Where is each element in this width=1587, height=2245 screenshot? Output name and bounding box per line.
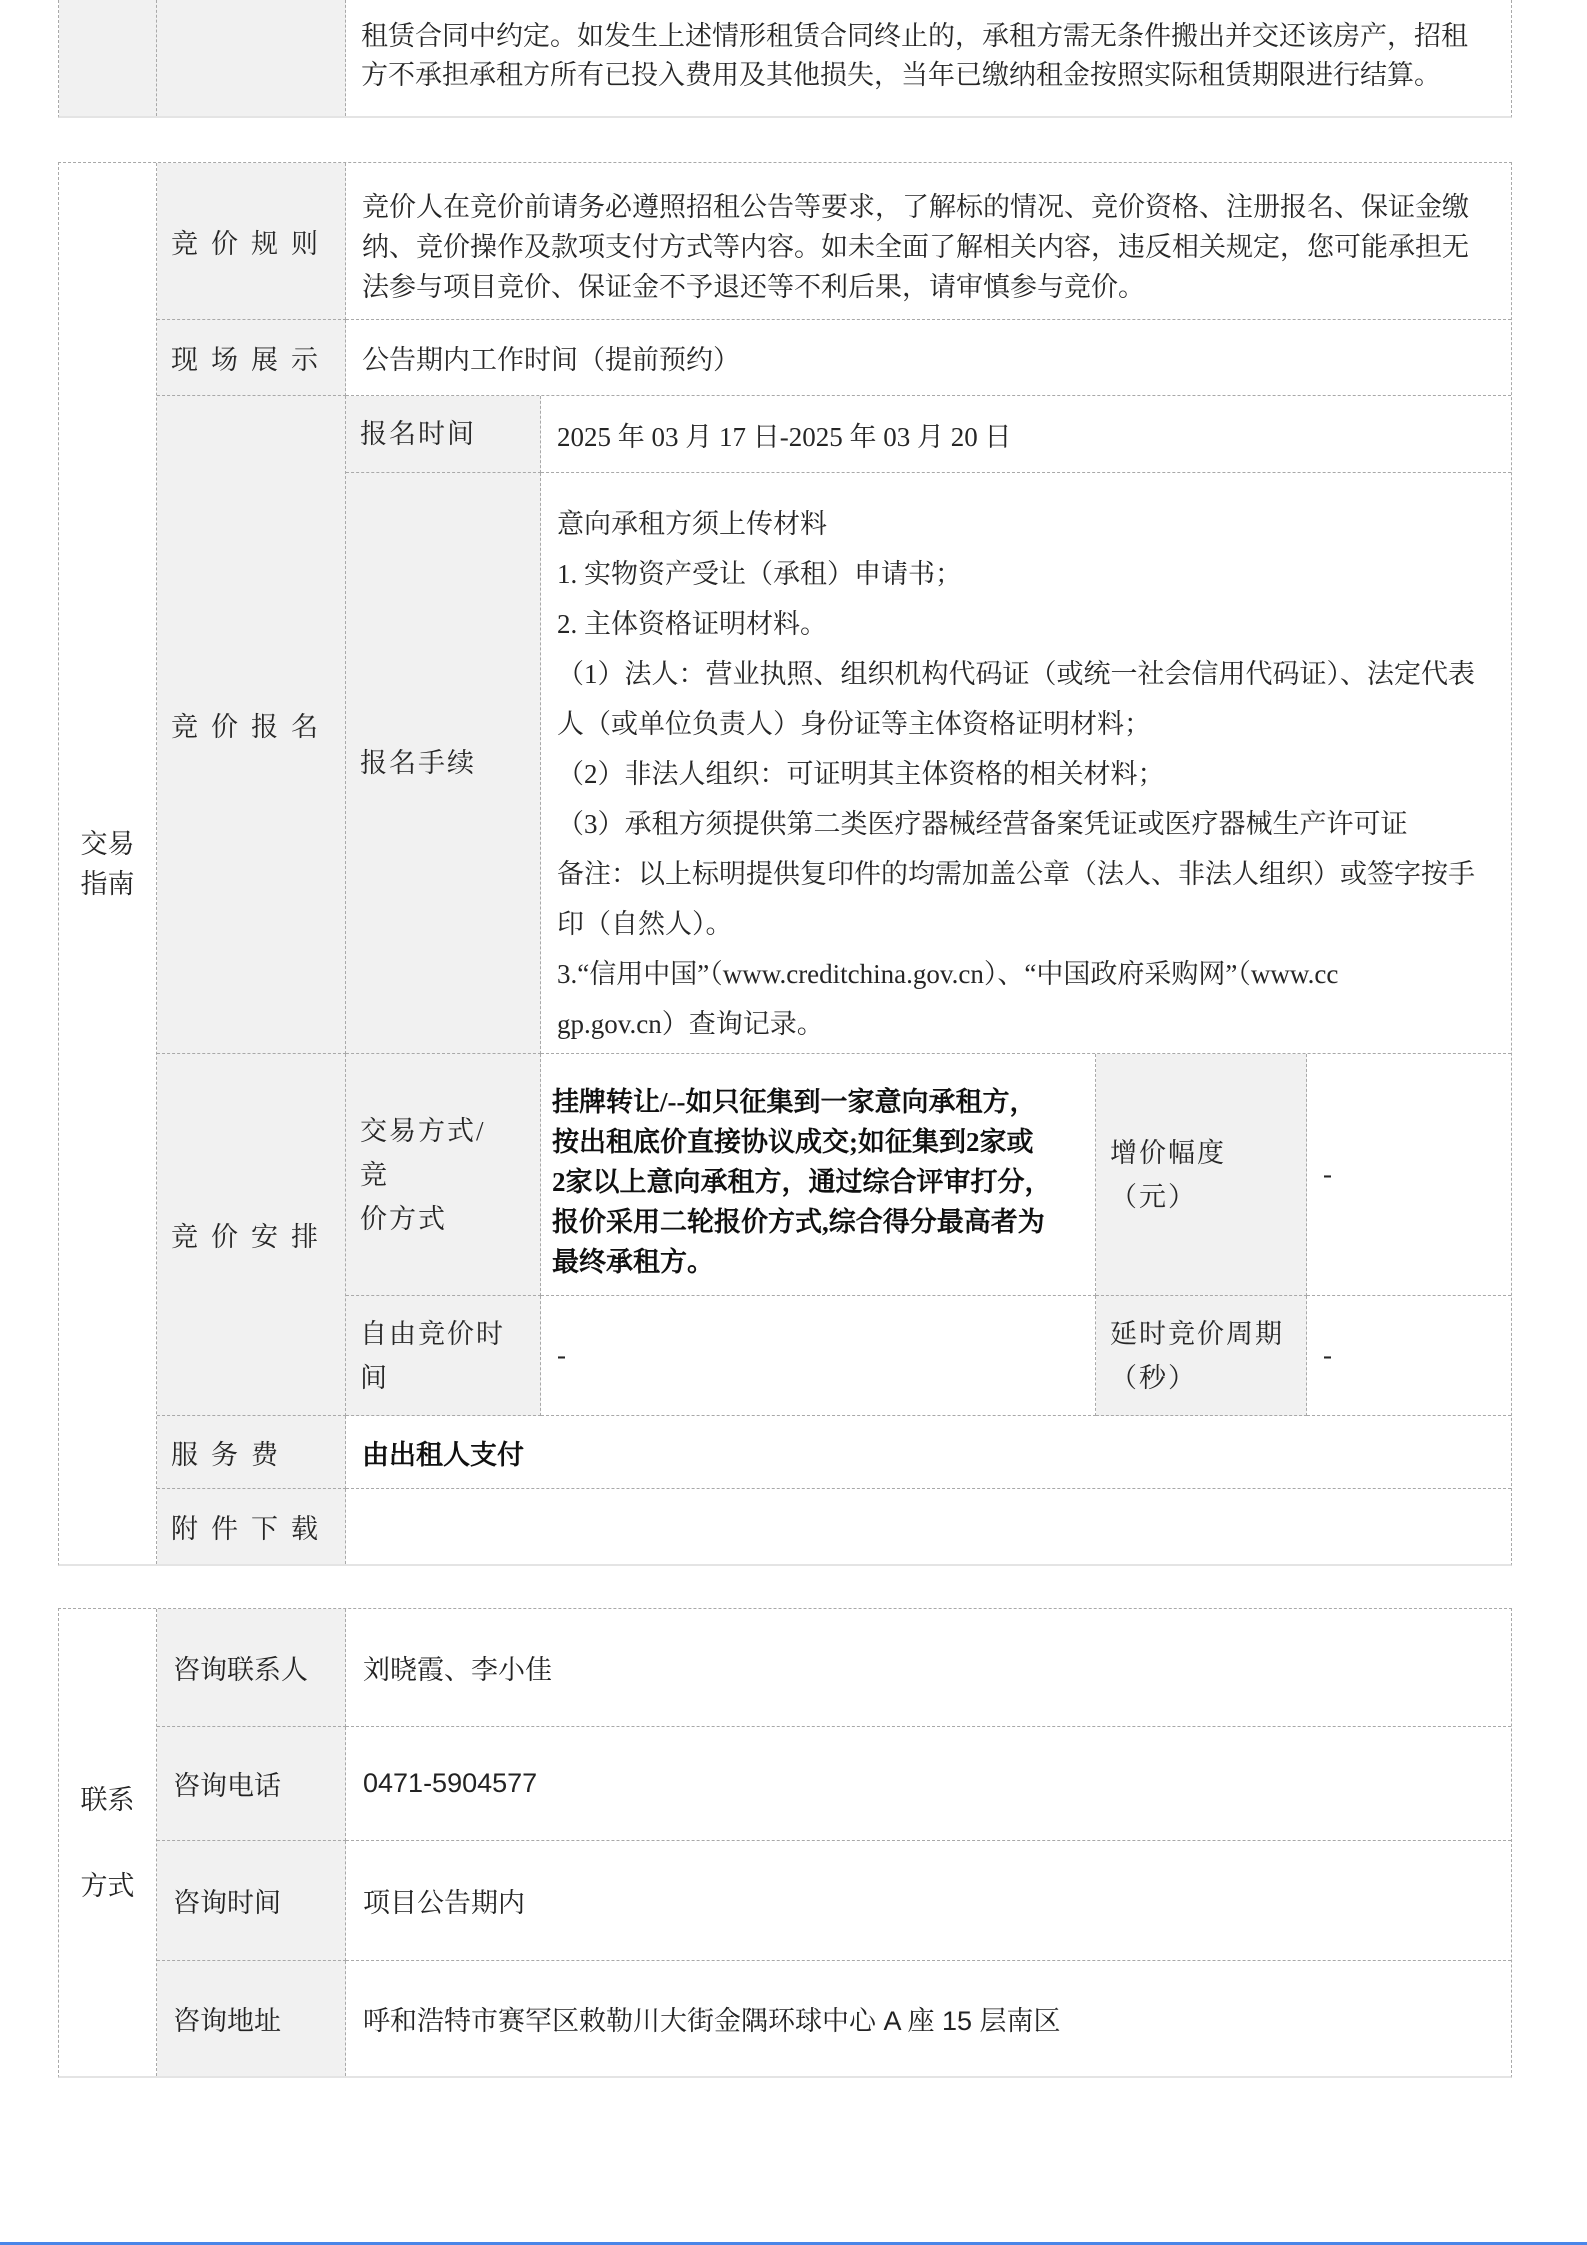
prev-section-text: 租赁合同中约定。如发生上述情形租赁合同终止的，承租方需无条件搬出并交还该房产，招…: [346, 0, 1511, 116]
registration-procedure-content: 意向承租方须上传材料1. 实物资产受让（承租）申请书；2. 主体资格证明材料。（…: [541, 473, 1511, 1054]
attachment-download-label: 附件下载: [157, 1489, 346, 1564]
contact-person-label: 咨询联系人: [157, 1609, 346, 1727]
site-display-content: 公告期内工作时间（提前预约）: [346, 320, 1511, 396]
contact-time-label: 咨询时间: [157, 1841, 346, 1961]
bidding-rules-content: 竞价人在竞价前请务必遵照招租公告等要求，了解标的情况、竞价资格、注册报名、保证金…: [346, 163, 1511, 320]
registration-time-value: 2025 年 03 月 17 日-2025 年 03 月 20 日: [541, 396, 1511, 473]
contact-table: 联系方式 咨询联系人 刘晓霞、李小佳 咨询电话 0471-5904577 咨询时…: [58, 1608, 1512, 2078]
previous-section-tail-table: 租赁合同中约定。如发生上述情形租赁合同终止的，承租方需无条件搬出并交还该房产，招…: [58, 0, 1512, 118]
delay-cycle-label: 延时竞价周期（秒）: [1096, 1296, 1307, 1416]
contact-person-value: 刘晓霞、李小佳: [346, 1609, 1511, 1727]
site-display-label: 现场展示: [157, 320, 346, 396]
delay-cycle-value: -: [1307, 1296, 1511, 1416]
prev-col2-empty-cell: [157, 0, 346, 116]
free-bidding-time-value: -: [541, 1296, 1096, 1416]
increase-step-label: 增价幅度（元）: [1096, 1054, 1307, 1296]
contact-address-value: 呼和浩特市赛罕区敕勒川大街金隅环球中心 A 座 15 层南区: [346, 1961, 1511, 2076]
service-fee-value: 由出租人支付: [346, 1416, 1511, 1489]
trade-mode-content: 挂牌转让/--如只征集到一家意向承租方，按出租底价直接协议成交;如征集到2家或2…: [541, 1054, 1096, 1296]
prev-col1-empty-cell: [59, 0, 157, 116]
bidding-rules-label: 竞价规则: [157, 163, 346, 320]
contact-phone-value: 0471-5904577: [346, 1727, 1511, 1841]
contact-time-value: 项目公告期内: [346, 1841, 1511, 1961]
increase-step-value: -: [1307, 1054, 1511, 1296]
trade-mode-label: 交易方式/竞价方式: [346, 1054, 541, 1296]
bidding-arrangement-label: 竞价安排: [157, 1054, 346, 1416]
free-bidding-time-label: 自由竞价时间: [346, 1296, 541, 1416]
registration-time-label: 报名时间: [346, 396, 541, 473]
section-label-trade-guide: 交易指南: [59, 163, 157, 1564]
attachment-download-content: [346, 1489, 1511, 1564]
contact-address-label: 咨询地址: [157, 1961, 346, 2076]
contact-phone-label: 咨询电话: [157, 1727, 346, 1841]
registration-procedure-label: 报名手续: [346, 473, 541, 1054]
trade-guide-table: 交易指南 竞价规则 竞价人在竞价前请务必遵照招租公告等要求，了解标的情况、竞价资…: [58, 162, 1512, 1566]
service-fee-label: 服务费: [157, 1416, 346, 1489]
section-label-contact: 联系方式: [59, 1609, 157, 2076]
bidding-registration-label: 竞价报名: [157, 396, 346, 1054]
